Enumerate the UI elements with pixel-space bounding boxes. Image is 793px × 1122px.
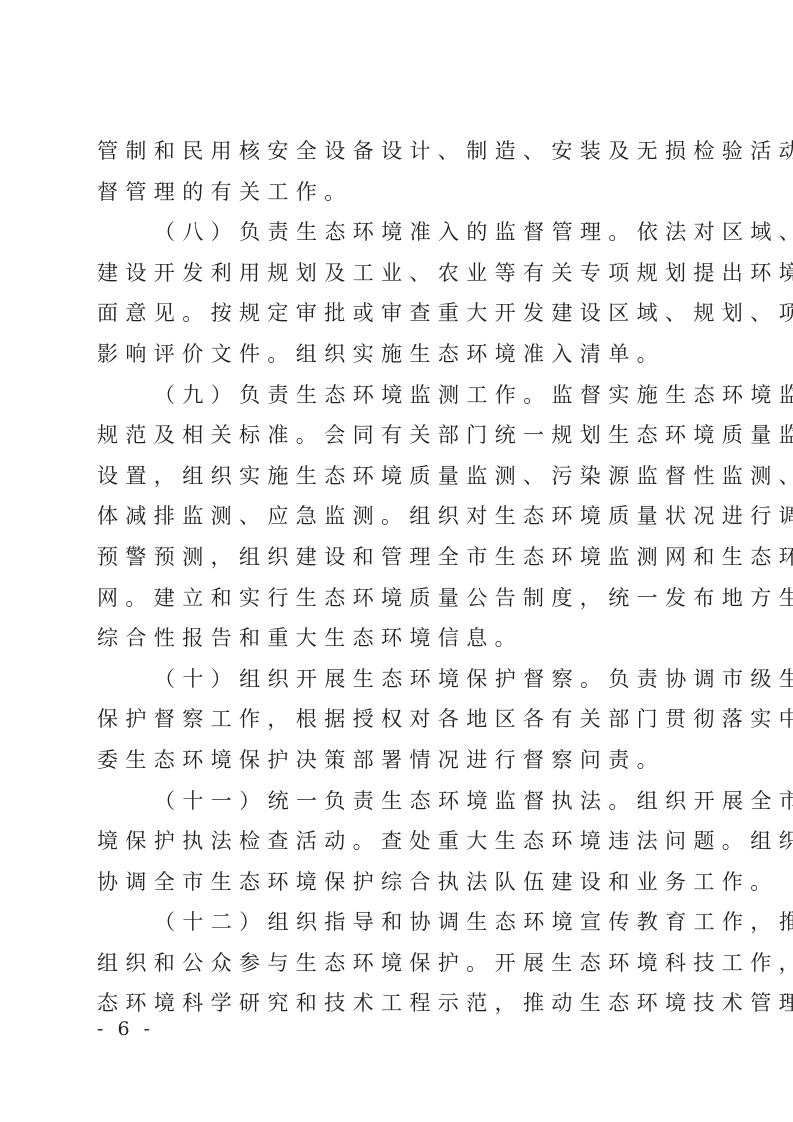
- text-line-22: 态环境科学研究和技术工程示范，推动生态环境技术管理体系建: [97, 983, 703, 1024]
- text-line-2: 督管理的有关工作。: [97, 172, 703, 213]
- text-line-1: 管制和民用核安全设备设计、制造、安装及无损检验活动实施监: [97, 131, 703, 172]
- text-line-8: 规范及相关标准。会同有关部门统一规划生态环境质量监测站点: [97, 415, 703, 456]
- text-line-9: 设置，组织实施生态环境质量监测、污染源监督性监测、温室气: [97, 456, 703, 497]
- text-line-16: 委生态环境保护决策部署情况进行督察问责。: [97, 740, 703, 781]
- text-line-4: 建设开发利用规划及工业、农业等有关专项规划提出环境保护方: [97, 253, 703, 294]
- text-line-19: 协调全市生态环境保护综合执法队伍建设和业务工作。: [97, 862, 703, 903]
- text-line-6: 影响评价文件。组织实施生态环境准入清单。: [97, 334, 703, 375]
- page-number: - 6 -: [97, 1018, 154, 1040]
- text-line-11: 预警预测，组织建设和管理全市生态环境监测网和生态环境信息: [97, 537, 703, 578]
- text-line-12: 网。建立和实行生态环境质量公告制度，统一发布地方生态环境: [97, 578, 703, 619]
- text-line-21: 组织和公众参与生态环境保护。开展生态环境科技工作，组织生: [97, 943, 703, 984]
- paragraph-8-start: （八）负责生态环境准入的监督管理。依法对区域、流域的: [97, 212, 703, 253]
- document-page: 管制和民用核安全设备设计、制造、安装及无损检验活动实施监 督管理的有关工作。 （…: [0, 0, 793, 1122]
- text-line-18: 境保护执法检查活动。查处重大生态环境违法问题。组织指导和: [97, 821, 703, 862]
- paragraph-10-start: （十）组织开展生态环境保护督察。负责协调市级生态环境: [97, 659, 703, 700]
- paragraph-12-start: （十二）组织指导和协调生态环境宣传教育工作，推动社会: [97, 902, 703, 943]
- text-line-15: 保护督察工作，根据授权对各地区各有关部门贯彻落实中央和省: [97, 699, 703, 740]
- paragraph-11-start: （十一）统一负责生态环境监督执法。组织开展全市生态环: [97, 781, 703, 822]
- text-line-10: 体减排监测、应急监测。组织对生态环境质量状况进行调查评价、: [97, 496, 703, 537]
- paragraph-9-start: （九）负责生态环境监测工作。监督实施生态环境监测制度、: [97, 375, 703, 416]
- text-line-13: 综合性报告和重大生态环境信息。: [97, 618, 703, 659]
- text-line-5: 面意见。按规定审批或审查重大开发建设区域、规划、项目环境: [97, 293, 703, 334]
- body-text: 管制和民用核安全设备设计、制造、安装及无损检验活动实施监 督管理的有关工作。 （…: [97, 131, 703, 1024]
